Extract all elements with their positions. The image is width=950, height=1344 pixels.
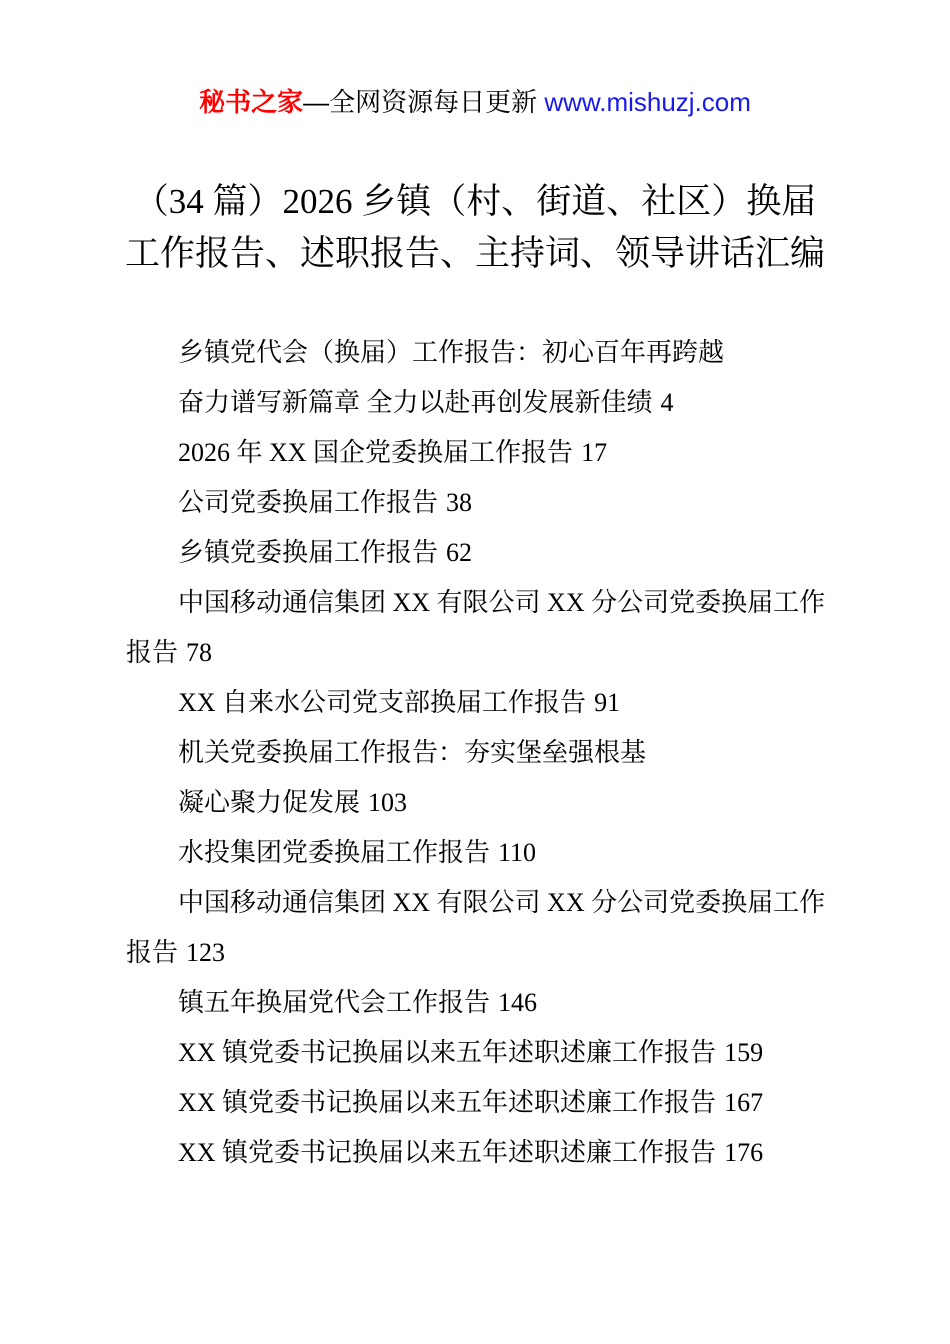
toc-item-label: XX 镇党委书记换届以来五年述职述廉工作报告 [178, 1138, 716, 1167]
toc-item-label: 机关党委换届工作报告：夯实堡垒强根基 [178, 738, 646, 767]
toc-item: XX 镇党委书记换届以来五年述职述廉工作报告176 [126, 1128, 840, 1178]
toc-item: 公司党委换届工作报告38 [126, 478, 840, 528]
toc-item-page-number: 146 [498, 988, 537, 1017]
toc-item: 中国移动通信集团 XX 有限公司 XX 分公司党委换届工作报告78 [126, 578, 840, 678]
toc-item: 乡镇党委换届工作报告62 [126, 528, 840, 578]
toc-item-label: 2026 年 XX 国企党委换届工作报告 [178, 438, 573, 467]
toc-item: 凝心聚力促发展103 [126, 778, 840, 828]
table-of-contents: 乡镇党代会（换届）工作报告：初心百年再跨越 奋力谱写新篇章 全力以赴再创发展新佳… [126, 328, 840, 1178]
toc-item-page-number: 62 [446, 538, 472, 567]
toc-item-label: 乡镇党委换届工作报告 [178, 538, 438, 567]
toc-item-label: 公司党委换届工作报告 [178, 488, 438, 517]
toc-item-page-number: 4 [661, 388, 674, 417]
toc-item-label: 镇五年换届党代会工作报告 [178, 988, 490, 1017]
toc-item-label: 中国移动通信集团 XX 有限公司 XX 分公司党委换届工作报告 [126, 588, 825, 667]
toc-item-page-number: 176 [724, 1138, 763, 1167]
toc-item-label: XX 镇党委书记换届以来五年述职述廉工作报告 [178, 1088, 716, 1117]
toc-item-page-number: 123 [186, 938, 225, 967]
toc-item-page-number: 17 [581, 438, 607, 467]
document-page: 秘书之家—全网资源每日更新 www.mishuzj.com （34 篇）2026… [0, 0, 950, 1344]
toc-item: XX 镇党委书记换届以来五年述职述廉工作报告159 [126, 1028, 840, 1078]
site-tagline: —全网资源每日更新 [303, 87, 537, 117]
toc-item: 乡镇党代会（换届）工作报告：初心百年再跨越 [126, 328, 840, 378]
toc-item-page-number: 78 [186, 638, 212, 667]
toc-item: XX 镇党委书记换届以来五年述职述廉工作报告167 [126, 1078, 840, 1128]
toc-item-label: 水投集团党委换届工作报告 [178, 838, 490, 867]
toc-item-label: XX 自来水公司党支部换届工作报告 [178, 688, 586, 717]
toc-item-page-number: 38 [446, 488, 472, 517]
toc-item-label: 中国移动通信集团 XX 有限公司 XX 分公司党委换届工作报告 [126, 888, 825, 967]
toc-item-page-number: 110 [498, 838, 536, 867]
toc-item-label: 凝心聚力促发展 [178, 788, 360, 817]
toc-item: 水投集团党委换届工作报告110 [126, 828, 840, 878]
toc-item-page-number: 167 [724, 1088, 763, 1117]
toc-item-label: XX 镇党委书记换届以来五年述职述廉工作报告 [178, 1038, 716, 1067]
site-header: 秘书之家—全网资源每日更新 www.mishuzj.com [0, 84, 950, 120]
toc-item: 中国移动通信集团 XX 有限公司 XX 分公司党委换届工作报告123 [126, 878, 840, 978]
toc-item-page-number: 103 [368, 788, 407, 817]
toc-item-page-number: 91 [594, 688, 620, 717]
toc-item: 2026 年 XX 国企党委换届工作报告17 [126, 428, 840, 478]
toc-item: 奋力谱写新篇章 全力以赴再创发展新佳绩4 [126, 378, 840, 428]
document-title: （34 篇）2026 乡镇（村、街道、社区）换届工作报告、述职报告、主持词、领导… [118, 176, 832, 280]
site-brand: 秘书之家 [199, 87, 303, 117]
toc-item-label: 乡镇党代会（换届）工作报告：初心百年再跨越 [178, 338, 724, 367]
toc-item: 镇五年换届党代会工作报告146 [126, 978, 840, 1028]
toc-item: XX 自来水公司党支部换届工作报告91 [126, 678, 840, 728]
toc-item-page-number: 159 [724, 1038, 763, 1067]
toc-item: 机关党委换届工作报告：夯实堡垒强根基 [126, 728, 840, 778]
toc-item-label: 奋力谱写新篇章 全力以赴再创发展新佳绩 [178, 388, 653, 417]
site-url-link[interactable]: www.mishuzj.com [544, 87, 751, 117]
